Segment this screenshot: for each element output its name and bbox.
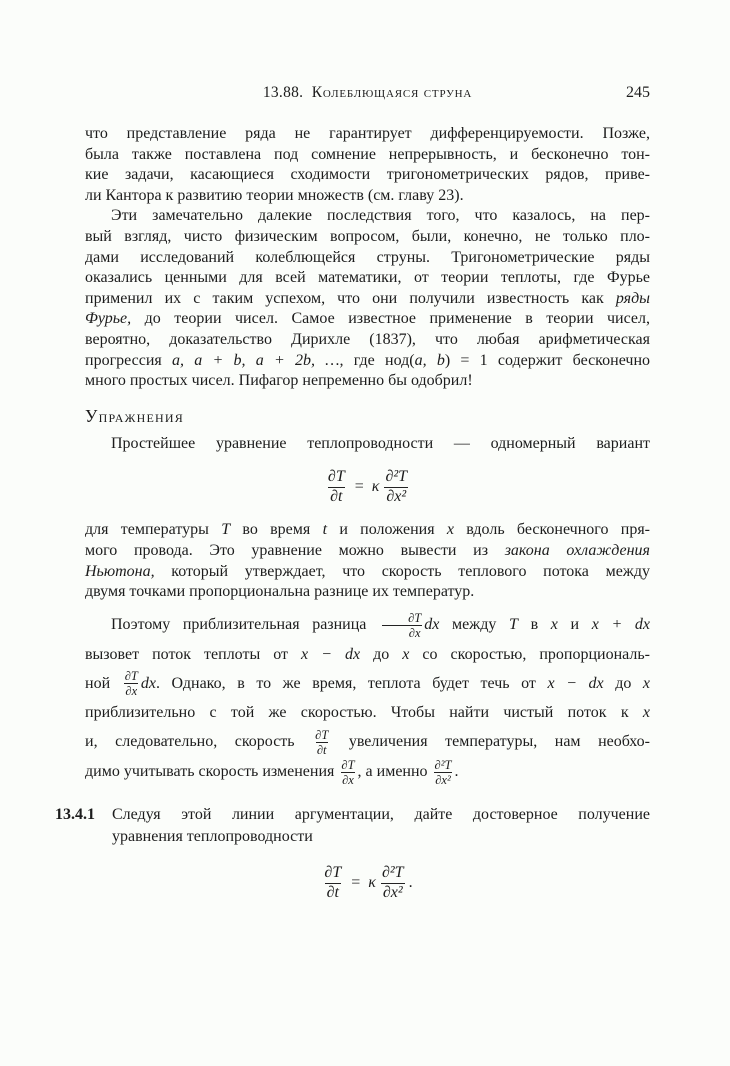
math-text: dx — [424, 616, 439, 633]
text-line: и, следовательно, скорость ∂T∂t увеличен… — [85, 727, 650, 757]
text-line: Ньютона, который утверждает, что скорост… — [85, 562, 650, 583]
math-text: закона охлаждения — [505, 542, 650, 559]
math-text: x — [447, 521, 454, 538]
text-line: прогрессия a, a + b, a + 2b, …, где нод(… — [85, 351, 650, 372]
fraction-numerator: ∂²T — [434, 758, 453, 772]
text-run: где нод( — [344, 352, 415, 369]
text-line: димо учитывать скорость изменения ∂T∂x, … — [85, 757, 650, 787]
text-run: вероятно, доказательство Дирихле (1837),… — [85, 331, 650, 348]
text-line: вый взгляд, чисто физическим вопросом, б… — [85, 227, 650, 248]
exercise-body: Следуя этой линии аргументации, дайте до… — [112, 804, 650, 848]
text-run: . — [454, 763, 458, 780]
math-text: T — [509, 616, 518, 633]
paragraph: Поэтому приблизительная разница ∂T∂xdx м… — [85, 610, 650, 787]
text-run: что представление ряда не гарантирует ди… — [85, 125, 650, 142]
exercises-heading: Упражнения — [85, 404, 650, 428]
text-run: увеличения температуры, нам необхо- — [331, 733, 650, 750]
fraction-numerator: ∂T — [340, 758, 355, 772]
text-line: Поэтому приблизительная разница ∂T∂xdx м… — [85, 610, 650, 640]
text-line: двумя точками пропорциональна разнице их… — [85, 582, 650, 603]
math-text: ряды — [616, 290, 650, 307]
math-text: a, b — [415, 352, 445, 369]
text-line: применил их с таким успехом, что они пол… — [85, 289, 650, 310]
paragraph: что представление ряда не гарантирует ди… — [85, 124, 650, 206]
display-equation: ∂T∂t=κ∂²T∂x². — [85, 860, 650, 906]
fraction-denominator: ∂x² — [434, 772, 451, 787]
text-run: двумя точками пропорциональна разнице их… — [85, 583, 474, 600]
text-run: , а именно — [358, 763, 432, 780]
fraction-numerator: ∂²T — [383, 468, 409, 486]
text-column: 13.88. Колеблющаяся струна 245 что предс… — [85, 0, 650, 916]
text-line: Простейшее уравнение теплопроводности — … — [85, 434, 650, 455]
fraction-numerator: ∂²T — [380, 864, 406, 882]
math-text: dx — [141, 675, 156, 692]
equation-body: ∂T∂t=κ∂²T∂x². — [322, 864, 412, 902]
fraction: ∂T∂t — [322, 864, 343, 902]
text-run: приблизительно с той же скоростью. Чтобы… — [85, 704, 643, 721]
text-run: вдоль бесконечного пря- — [454, 521, 650, 538]
fraction-denominator: ∂t — [325, 883, 341, 902]
text-run: между — [439, 616, 509, 633]
math-text: T — [221, 521, 230, 538]
text-line: ной ∂T∂xdx. Однако, в то же время, тепло… — [85, 669, 650, 699]
text-run: вый взгляд, чисто физическим вопросом, б… — [85, 228, 650, 245]
text-run: для температуры — [85, 521, 221, 538]
text-run: ) = 1 содержит бесконечно — [445, 352, 650, 369]
fraction-denominator: ∂t — [328, 487, 344, 506]
fraction-numerator: ∂T — [322, 864, 343, 882]
text-run: была также поставлена под сомнение непре… — [85, 146, 650, 163]
text-line: кие задачи, касающиеся сходимости тригон… — [85, 165, 650, 186]
text-run: до — [360, 646, 402, 663]
fraction: ∂T∂x — [340, 758, 355, 787]
text-line: оказались ценными для всей математики, о… — [85, 268, 650, 289]
fraction: ∂T∂t — [314, 728, 329, 757]
text-line: Фурье, до теории чисел. Самое известное … — [85, 309, 650, 330]
math-text: x − dx — [301, 646, 360, 663]
math-text: x — [643, 704, 650, 721]
text-run: . Однако, в то же время, теплота будет т… — [156, 675, 548, 692]
text-run: оказались ценными для всей математики, о… — [85, 269, 650, 286]
text-run: до теории чисел. Самое известное примене… — [131, 310, 650, 327]
text-run: прогрессия — [85, 352, 172, 369]
fraction-denominator: ∂x — [341, 772, 355, 787]
equation-body: ∂T∂t=κ∂²T∂x² — [326, 468, 409, 506]
fraction: ∂²T∂x² — [380, 864, 406, 902]
running-header: 13.88. Колеблющаяся струна 245 — [85, 84, 650, 104]
text-line: дами исследований колеблющейся струны. Т… — [85, 248, 650, 269]
fraction: ∂T∂x — [381, 611, 422, 640]
equals-sign: = — [351, 874, 360, 892]
fraction-denominator: ∂t — [316, 742, 328, 757]
section-number: 13.88. — [263, 84, 304, 101]
text-run: который утверждает, что скорость теплово… — [155, 563, 650, 580]
math-text: x — [643, 675, 650, 692]
equals-sign: = — [355, 478, 364, 496]
fraction-denominator: ∂x — [382, 625, 422, 640]
text-line: уравнения теплопроводности — [112, 826, 650, 848]
text-run: Поэтому приблизительная разница — [111, 616, 379, 633]
text-run: и — [558, 616, 592, 633]
page-number: 245 — [626, 84, 650, 102]
text-run: Следуя этой линии аргументации, дайте до… — [112, 806, 650, 823]
text-run: уравнения теплопроводности — [112, 828, 313, 845]
text-run: в — [518, 616, 551, 633]
fraction-denominator: ∂x² — [381, 883, 405, 902]
text-run: вызовет поток теплоты от — [85, 646, 301, 663]
text-line: мого провода. Это уравнение можно вывест… — [85, 541, 650, 562]
fraction: ∂T∂x — [124, 669, 139, 698]
math-text: x − dx — [547, 675, 603, 692]
exercise-13-4-1: 13.4.1Следуя этой линии аргументации, да… — [55, 804, 650, 848]
content-blocks: что представление ряда не гарантирует ди… — [85, 124, 650, 906]
text-run: димо учитывать скорость изменения — [85, 763, 338, 780]
text-line: вероятно, доказательство Дирихле (1837),… — [85, 330, 650, 351]
text-line: ли Кантора к развитию теории множеств (с… — [85, 186, 650, 207]
text-line: Эти замечательно далекие последствия тог… — [85, 206, 650, 227]
text-run: ной — [85, 675, 122, 692]
text-run: во время — [230, 521, 322, 538]
equation-period: . — [409, 874, 413, 892]
fraction: ∂²T∂x² — [383, 468, 409, 506]
math-text: x — [551, 616, 558, 633]
fraction: ∂T∂t — [326, 468, 347, 506]
text-line: что представление ряда не гарантирует ди… — [85, 124, 650, 145]
math-text: x + dx — [592, 616, 650, 633]
text-line: Следуя этой линии аргументации, дайте до… — [112, 804, 650, 826]
display-equation: ∂T∂t=κ∂²T∂x² — [85, 464, 650, 510]
paragraph: Эти замечательно далекие последствия тог… — [85, 206, 650, 391]
text-line: вызовет поток теплоты от x − dx до x со … — [85, 640, 650, 669]
math-text: Ньютона, — [85, 563, 155, 580]
text-run: кие задачи, касающиеся сходимости тригон… — [85, 166, 650, 183]
text-run: ли Кантора к развитию теории множеств (с… — [85, 187, 464, 204]
text-run: и положения — [327, 521, 447, 538]
fraction-numerator: ∂T — [326, 468, 347, 486]
section-title: Колеблющаяся струна — [312, 84, 472, 101]
text-line: много простых чисел. Пифагор непременно … — [85, 371, 650, 392]
text-run: применил их с таким успехом, что они пол… — [85, 290, 616, 307]
kappa-coefficient: κ — [368, 874, 376, 892]
text-run: Простейшее уравнение теплопроводности — … — [111, 435, 650, 452]
fraction: ∂²T∂x² — [434, 758, 453, 787]
fraction-denominator: ∂x — [124, 683, 138, 698]
exercise-number: 13.4.1 — [55, 804, 99, 848]
section-header: 13.88. Колеблющаяся струна — [85, 84, 650, 102]
text-run: мого провода. Это уравнение можно вывест… — [85, 542, 505, 559]
kappa-coefficient: κ — [372, 478, 380, 496]
paragraph: Простейшее уравнение теплопроводности — … — [85, 434, 650, 455]
text-run: Эти замечательно далекие последствия тог… — [111, 207, 650, 224]
text-line: приблизительно с той же скоростью. Чтобы… — [85, 698, 650, 727]
text-run: и, следовательно, скорость — [85, 733, 312, 750]
fraction-denominator: ∂x² — [384, 487, 408, 506]
math-text: a, a + b, a + 2b, …, — [172, 352, 344, 369]
fraction-numerator: ∂T — [124, 669, 139, 683]
book-page: { "header": { "section_number": "13.88."… — [0, 0, 730, 1066]
text-line: была также поставлена под сомнение непре… — [85, 145, 650, 166]
text-run: со скоростью, пропорциональ- — [409, 646, 650, 663]
text-run: дами исследований колеблющейся струны. Т… — [85, 249, 650, 266]
text-run: много простых чисел. Пифагор непременно … — [85, 372, 473, 389]
fraction-numerator: ∂T — [381, 611, 422, 625]
paragraph: для температуры T во время t и положения… — [85, 520, 650, 602]
text-run: до — [604, 675, 643, 692]
text-line: для температуры T во время t и положения… — [85, 520, 650, 541]
fraction-numerator: ∂T — [314, 728, 329, 742]
math-text: Фурье, — [85, 310, 131, 327]
